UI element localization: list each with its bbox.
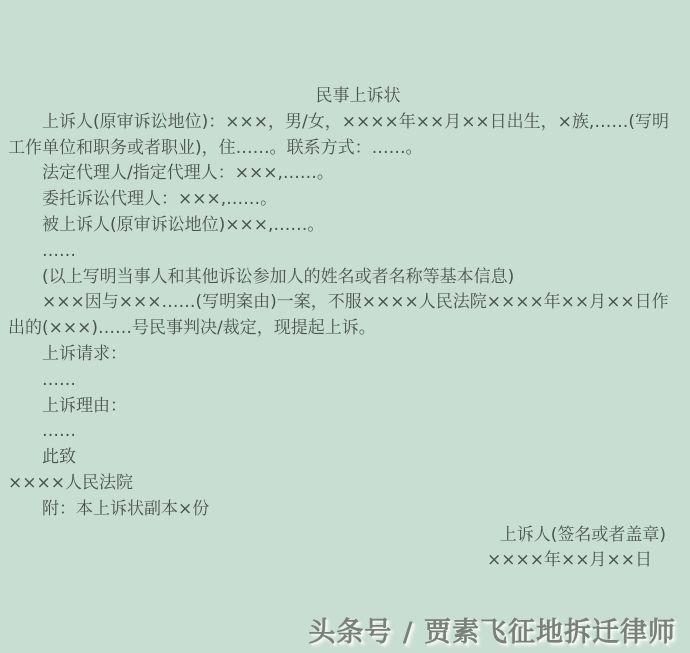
paragraph-appellee-info: 被上诉人(原审诉讼地位)×××,……。 <box>8 213 680 239</box>
paragraph-ellipsis-3: …… <box>8 419 680 445</box>
paragraph-entrusted-agent: 委托诉讼代理人：×××,……。 <box>8 187 680 213</box>
paragraph-salutation: 此致 <box>8 445 680 471</box>
paragraph-appeal-request-label: 上诉请求： <box>8 342 680 368</box>
watermark-text: 头条号 / 贾素飞征地拆迁律师 <box>308 610 676 649</box>
paragraph-attachment: 附：本上诉状副本×份 <box>8 497 680 523</box>
paragraph-parties-note: (以上写明当事人和其他诉讼参加人的姓名或者名称等基本信息) <box>8 265 680 291</box>
paragraph-court-name: ××××人民法院 <box>8 471 680 497</box>
page: { "page": { "background_color": "#c9ded2… <box>0 0 690 653</box>
signature-date-line: ××××年××月××日 <box>8 548 680 574</box>
signature-signer-line: 上诉人(签名或者盖章) <box>8 523 680 549</box>
paragraph-legal-agent: 法定代理人/指定代理人：×××,……。 <box>8 161 680 187</box>
document-body: 民事上诉状 上诉人(原审诉讼地位)：×××，男/女，××××年××月××日出生，… <box>0 0 690 574</box>
paragraph-case-summary: ×××因与×××……(写明案由)一案，不服××××人民法院××××年××月××日… <box>8 290 680 342</box>
paragraph-ellipsis-1: …… <box>8 239 680 265</box>
paragraph-appellant-info: 上诉人(原审诉讼地位)：×××，男/女，××××年××月××日出生，×族,……(… <box>8 110 680 162</box>
paragraph-appeal-reason-label: 上诉理由： <box>8 394 680 420</box>
document-title: 民事上诉状 <box>22 84 690 110</box>
paragraph-ellipsis-2: …… <box>8 368 680 394</box>
